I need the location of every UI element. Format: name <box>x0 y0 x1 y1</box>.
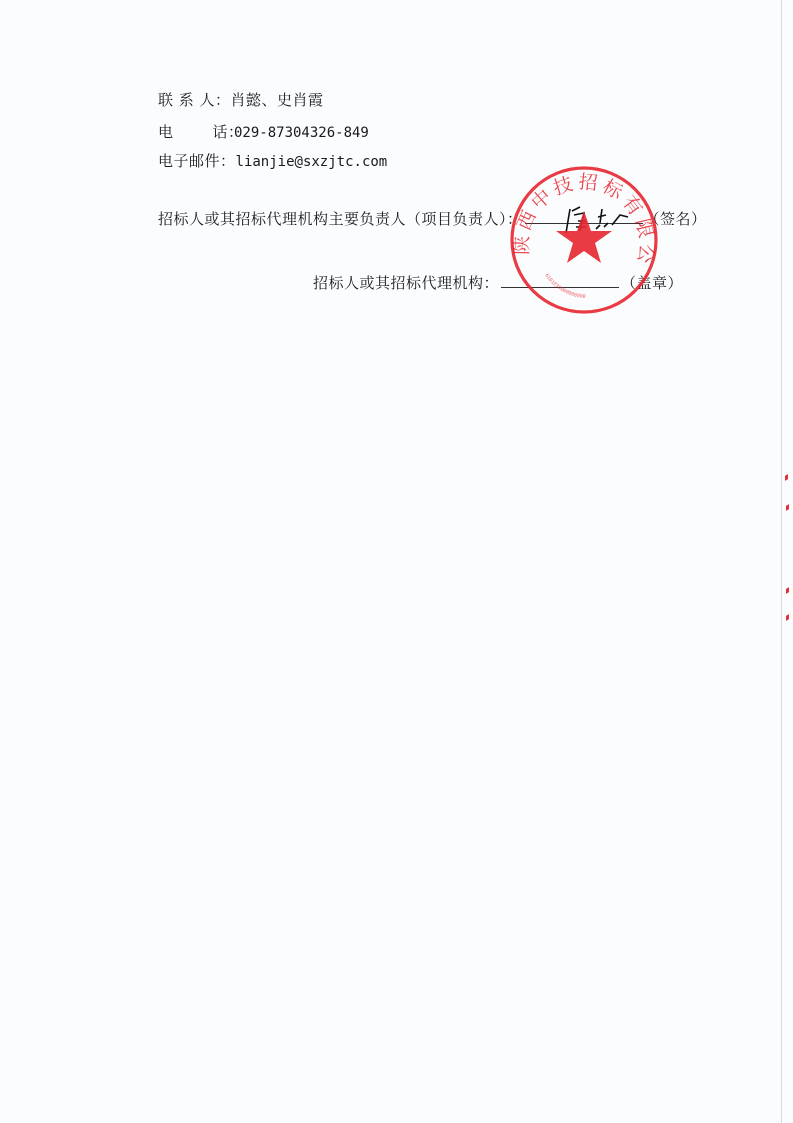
contact-person-label: 联 系 人： <box>158 89 231 110</box>
agency-seal-blank <box>501 273 619 288</box>
responsible-label: 招标人或其招标代理机构主要负责人（项目负责人）： <box>158 210 523 228</box>
email-line: 电子邮件：lianjie@sxzjtc.com <box>158 150 387 171</box>
email-value: lianjie@sxzjtc.com <box>236 154 388 170</box>
responsible-suffix: （签名） <box>645 210 707 228</box>
email-label: 电子邮件： <box>158 150 236 171</box>
phone-value: 029-87304326-849 <box>234 125 369 141</box>
responsible-signature-line: 招标人或其招标代理机构主要负责人（项目负责人）：（签名） <box>158 208 707 229</box>
agency-suffix: （盖章） <box>621 274 683 292</box>
page-edge <box>781 0 782 1123</box>
agency-seal-line: 招标人或其招标代理机构：（盖章） <box>313 272 683 293</box>
company-seal-stamp: 陕西中技招标有限公司 6101030000000000 <box>507 163 661 317</box>
phone-line: 电话：029-87304326-849 <box>158 121 369 142</box>
edge-mark <box>786 614 789 621</box>
phone-label: 电话： <box>158 121 234 142</box>
contact-person-value: 肖懿、史肖霞 <box>231 91 324 109</box>
agency-label: 招标人或其招标代理机构： <box>313 274 499 292</box>
edge-mark <box>786 587 789 594</box>
edge-mark <box>786 504 789 511</box>
edge-mark <box>785 474 788 481</box>
contact-person-line: 联 系 人：肖懿、史肖霞 <box>158 89 324 110</box>
responsible-signature-blank <box>525 209 643 224</box>
